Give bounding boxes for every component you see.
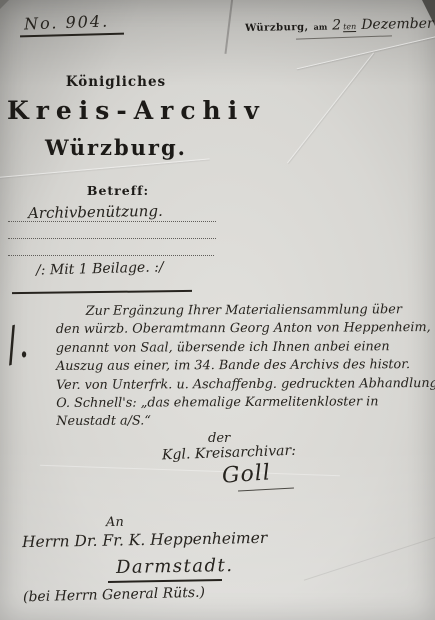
paper-crease [304,530,435,580]
letterhead-city: Würzburg. [0,135,232,160]
subject-handwritten: Archivbenützung. [28,202,163,222]
paper-crease [40,465,340,476]
subject-dotted-line [8,255,214,256]
subject-dotted-line [8,238,216,239]
letterhead-royal: Königliches [0,74,232,90]
body-line: Ver. von Unterfrk. u. Aschaffenbg. gedru… [56,375,428,395]
dateline-day: 2 [332,17,341,33]
subject-dotted-line [8,221,216,222]
paper-crease [287,52,374,163]
signature-name: Goll [221,460,272,488]
body-line: Zur Ergänzung Ihrer Materialiensammlung … [56,301,428,321]
letterhead-archive-name: Kreis-Archiv [0,96,239,125]
body-line: genannt von Saal, übersende ich Ihnen an… [56,338,428,358]
betreff-label: Betreff: [0,183,236,198]
address-city: Darmstadt. [116,555,234,578]
dateline-flourish [296,35,392,39]
signature-title: Kgl. Kreisarchivar: [162,443,296,464]
body-line: Auszug aus einer, im 34. Bande des Archi… [56,356,428,376]
address-note: (bei Herrn General Rüts.) [23,585,205,606]
body-paragraph: Zur Ergänzung Ihrer Materialiensammlung … [56,301,429,432]
body-line: den würzb. Oberamtmann Georg Anton von H… [56,319,428,339]
corner-shadow-top-left [0,0,9,9]
address-recipient: Herrn Dr. Fr. K. Heppenheimer [22,529,268,551]
dateline: Würzburg, am 2 ten Dezember 189 2. [245,15,435,35]
dateline-month: Dezember [361,16,434,33]
separator-rule [12,290,192,294]
paper-crease [224,0,233,54]
dateline-am-label: am [313,22,327,32]
signature-intro: der [208,431,230,446]
paper-crease [297,36,435,70]
reference-number: No. 904. [24,12,110,34]
dateline-place: Würzburg, [245,22,309,34]
body-line: O. Schnell's: „das ehemalige Karmelitenk… [56,393,428,413]
body-line: Neustadt a/S.“ [56,411,428,431]
enclosure-note: /: Mit 1 Beilage. :/ [36,259,164,278]
scanned-letter-page: No. 904. Würzburg, am 2 ten Dezember 189… [0,0,435,620]
address-city-underline [108,579,222,583]
signature-flourish [238,488,294,492]
paper-crease [0,158,210,178]
reference-underline [20,33,124,38]
dateline-day-suffix: ten [343,22,356,32]
address-an: An [106,515,124,530]
margin-mark: /. [0,316,31,373]
